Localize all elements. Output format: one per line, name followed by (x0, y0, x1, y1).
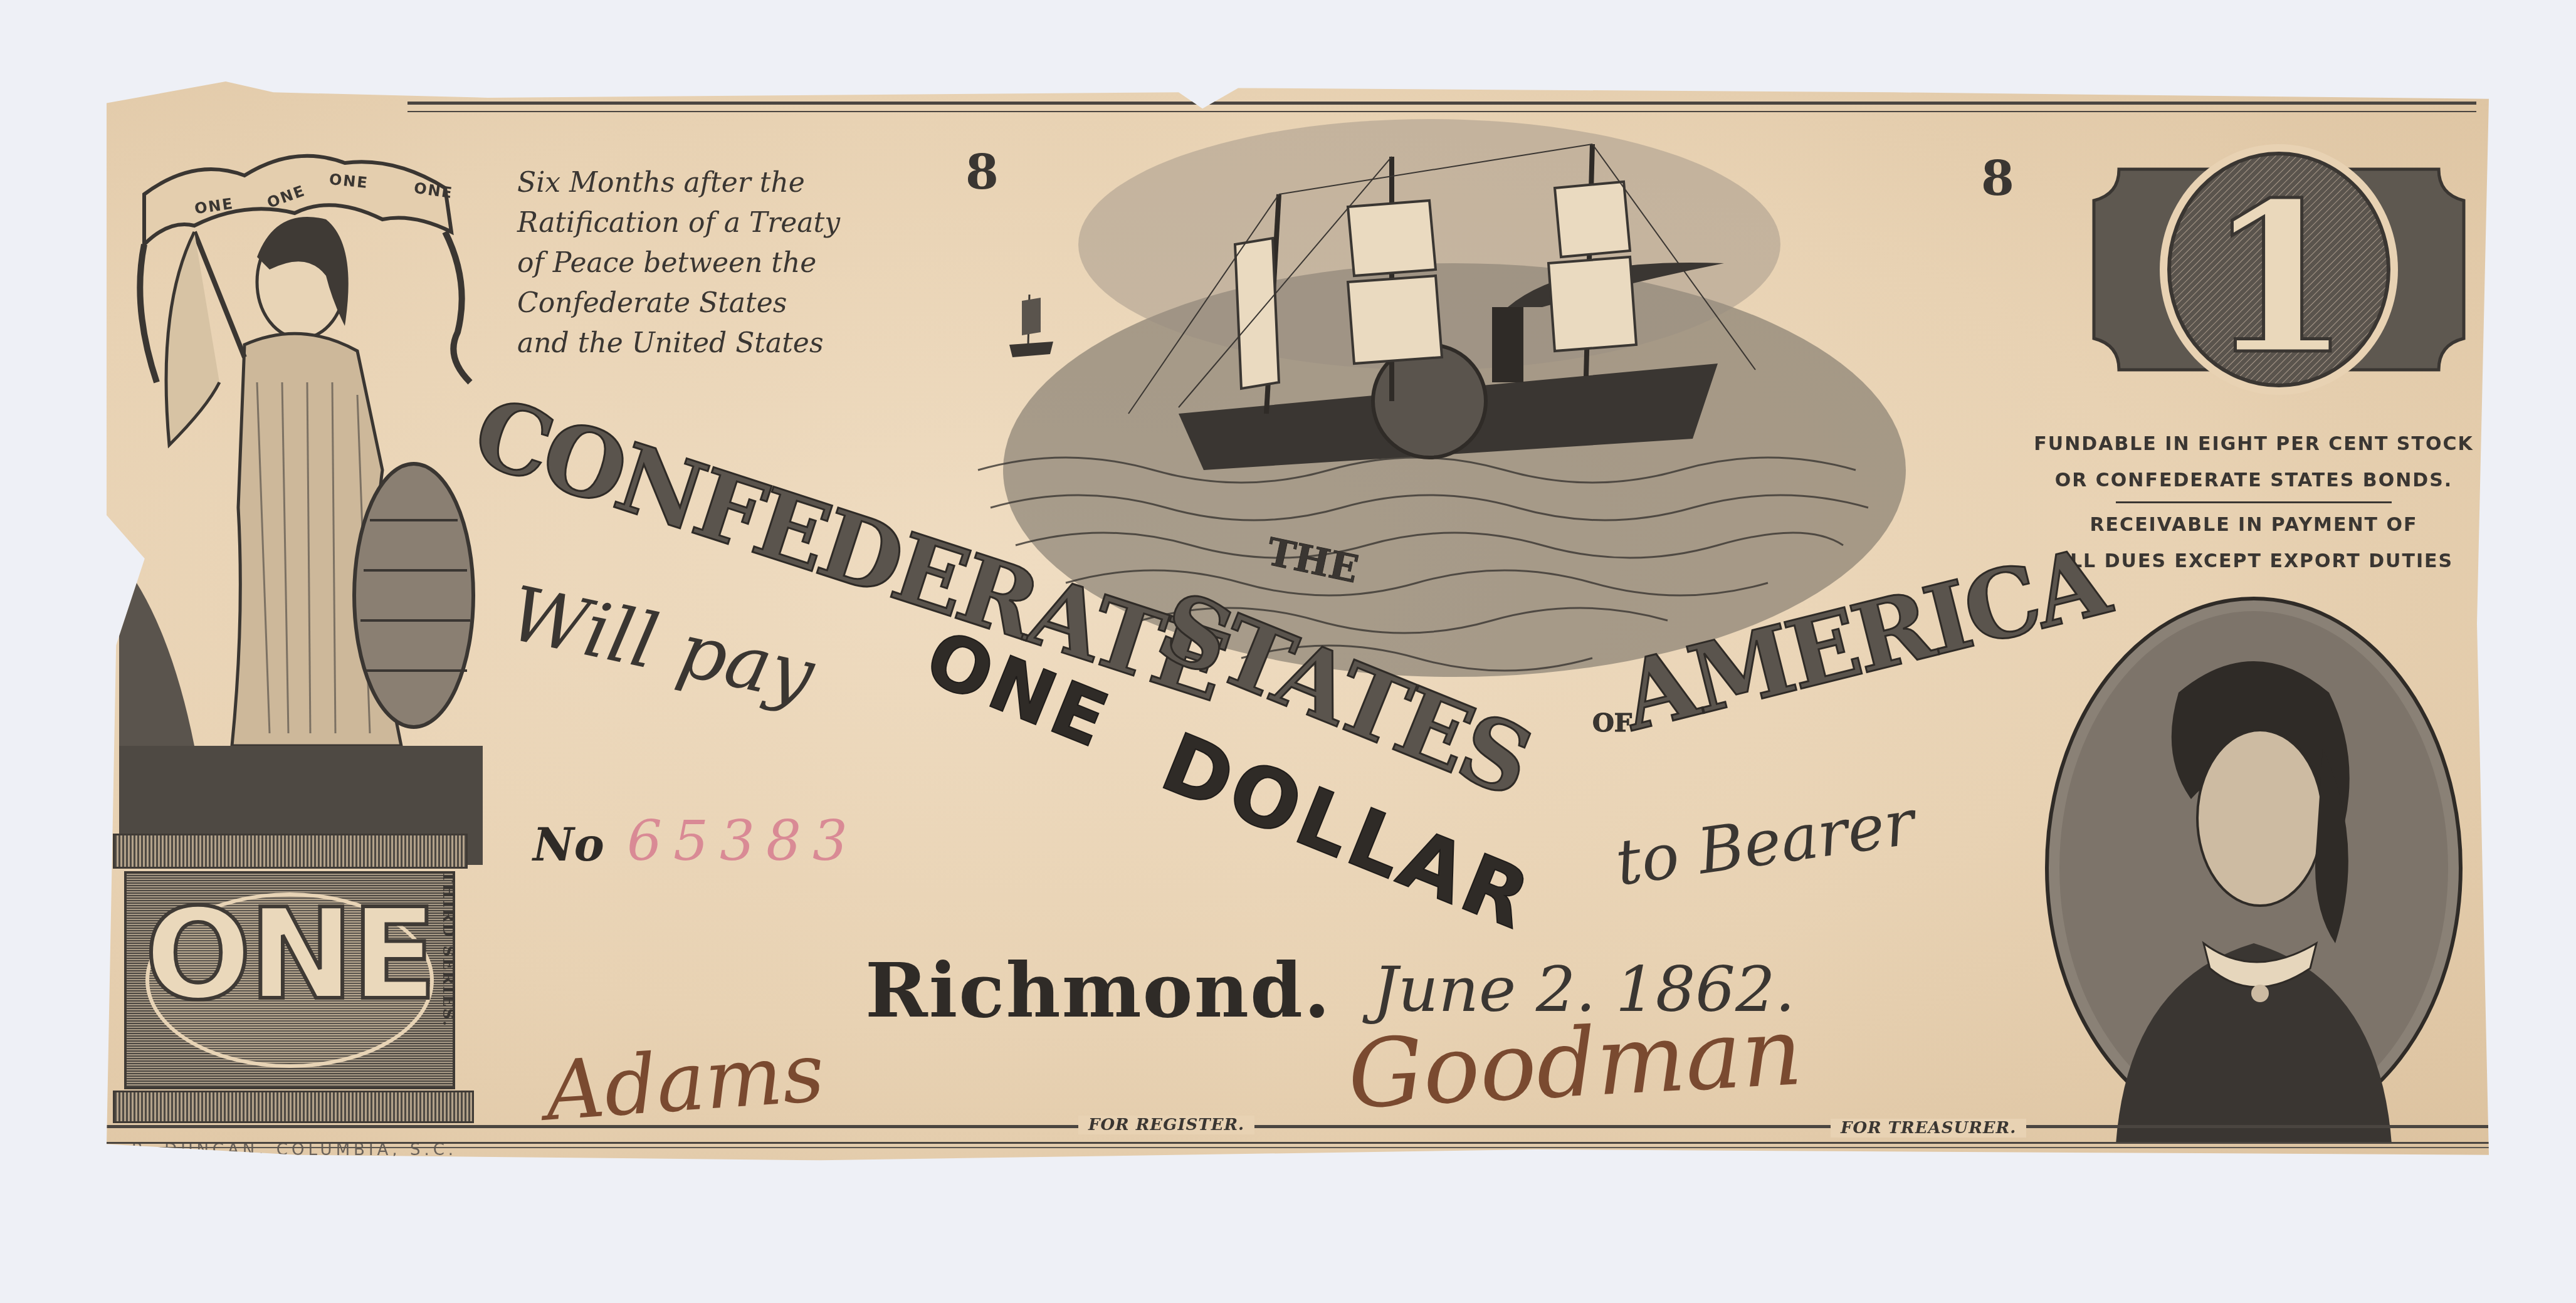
to-bearer-text: to Bearer (1611, 785, 1919, 900)
panel-bottom-bar (113, 1091, 474, 1123)
denomination-numeral: 1 (2207, 157, 2351, 395)
bottom-border-rule (107, 1125, 2489, 1144)
treaty-line: and the United States (517, 323, 868, 364)
redemption-line: RECEIVABLE IN PAYMENT OF (2028, 507, 2479, 543)
top-border-rule (407, 102, 2476, 112)
treaty-line: Ratification of a Treaty (517, 203, 868, 243)
numeral-one-box: 1 (2081, 144, 2476, 395)
treaty-line: of Peace between the (517, 243, 868, 283)
title-of: OF (1592, 708, 1632, 738)
treasurer-signature: Goodman (1345, 997, 1805, 1130)
redemption-line: FUNDABLE IN EIGHT PER CENT STOCK (2028, 426, 2479, 463)
plate-letter: 8 (1981, 150, 2014, 206)
register-signature: Adams (542, 1025, 827, 1139)
issue-place: Richmond. (865, 946, 1332, 1035)
treasurer-label: FOR TREASURER. (1831, 1119, 2026, 1138)
bottom-border-rule (107, 1147, 2489, 1152)
treaty-line: Six Months after the (517, 163, 868, 203)
panel-frame: ONE (124, 871, 455, 1089)
treaty-line: Confederate States (517, 283, 868, 323)
panel-top-bar (113, 834, 468, 869)
serial-number: 65383 (627, 808, 859, 873)
portrait-vignette (2041, 592, 2467, 1144)
one-denomination-panel: ONE (113, 827, 470, 1116)
denomination-word: ONE (127, 886, 453, 1024)
serial-prefix: No (533, 818, 604, 871)
register-label: FOR REGISTER. (1078, 1116, 1254, 1134)
series-label: THIRD SERIES. (439, 871, 458, 1028)
treaty-clause: Six Months after the Ratification of a T… (517, 163, 868, 364)
redemption-line: OR CONFEDERATE STATES BONDS. (2028, 463, 2479, 499)
goddess-vignette (119, 119, 483, 865)
will-pay-text: Will pay (502, 570, 821, 720)
divider (2116, 501, 2392, 503)
banknote: ONE ONE ONE ONE ONE THIRD SERIES. B. DUN… (107, 81, 2489, 1166)
